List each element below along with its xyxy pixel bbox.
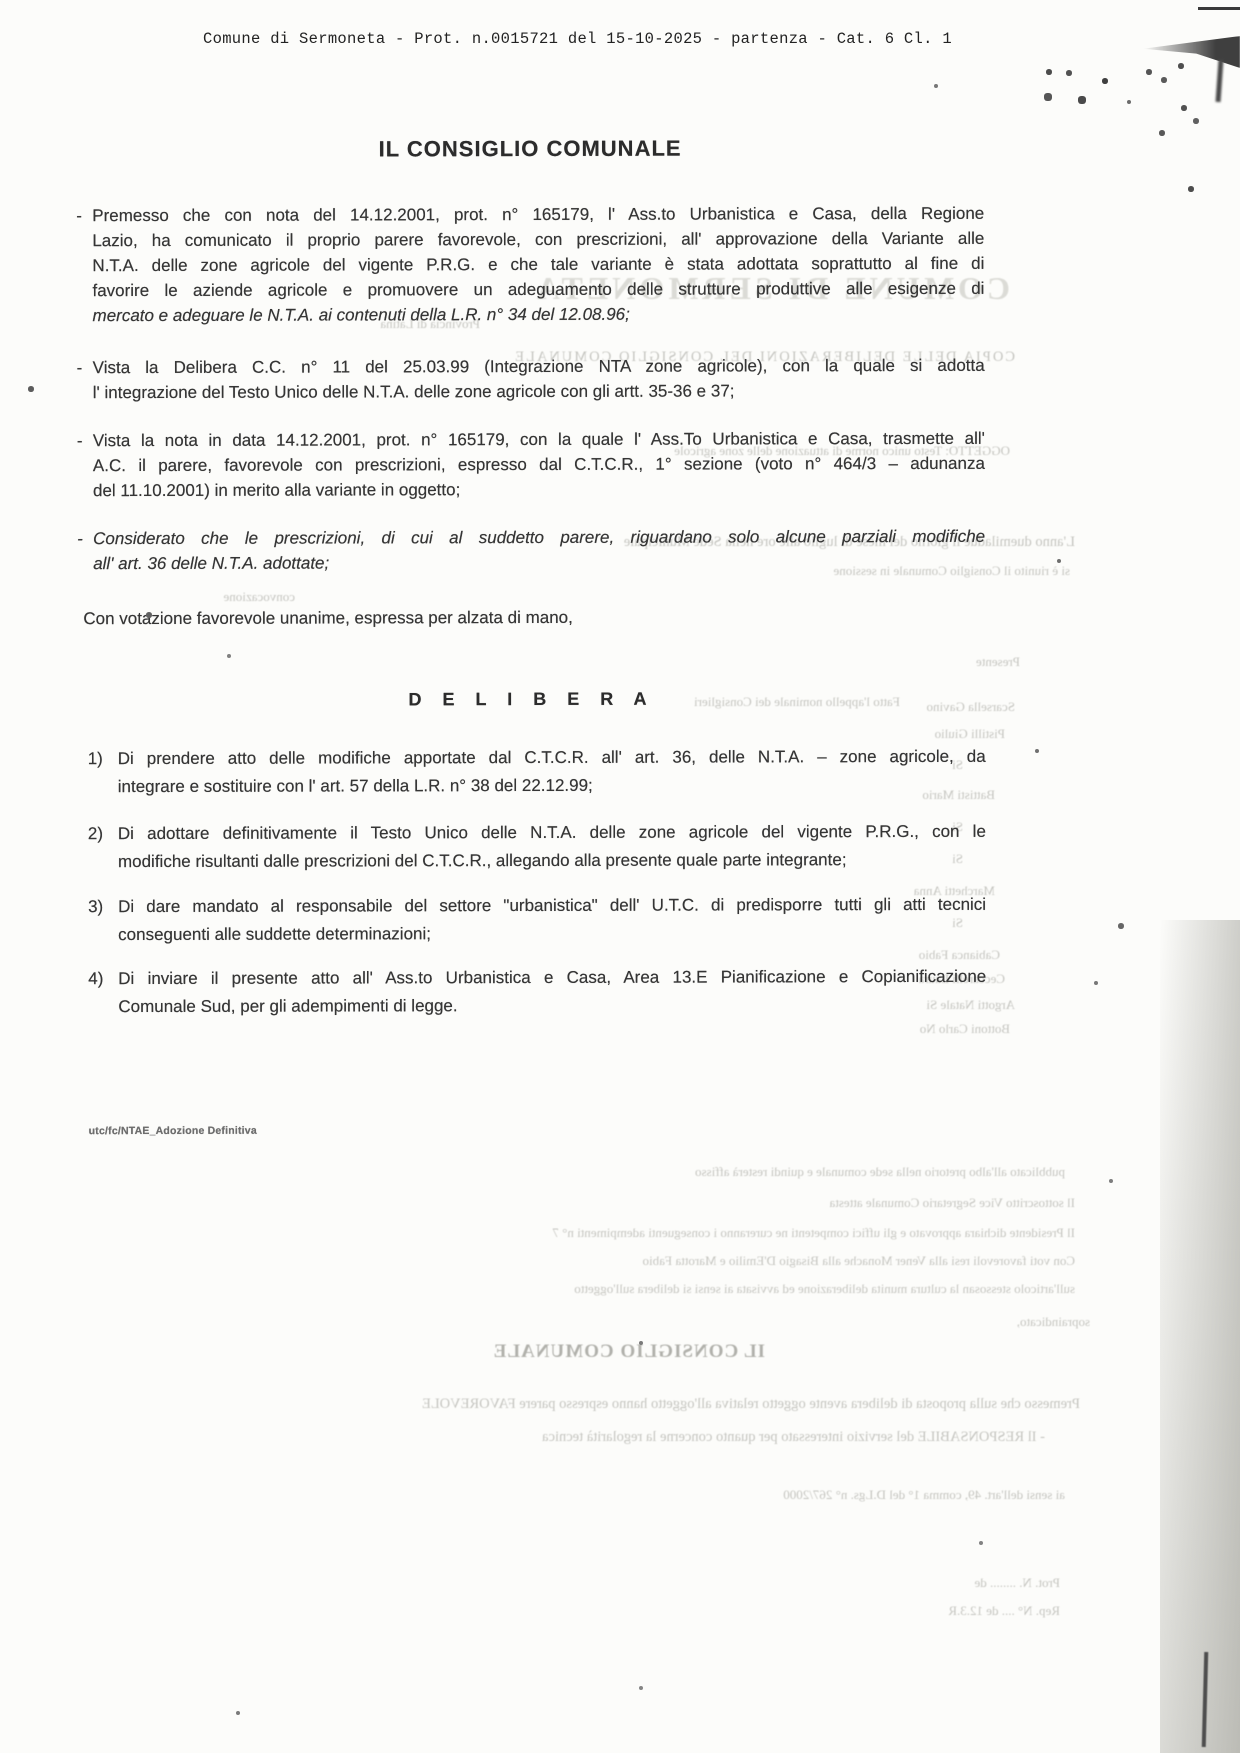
resolution-item-1: 1) Di prendere atto delle modifiche appo…	[78, 743, 986, 801]
text-line: Premesso che con nota del 14.12.2001, pr…	[92, 201, 984, 228]
text-line: Di inviare il presente atto all' Ass.to …	[118, 963, 986, 993]
dash-marker: -	[77, 526, 83, 551]
premise-considerato: - Considerato che le prescrizioni, di cu…	[77, 524, 985, 576]
resolution-item-4: 4) Di inviare il presente atto all' Ass.…	[78, 963, 986, 1021]
scan-corner-line	[1198, 7, 1240, 10]
text-line: Di dare mandato al responsabile del sett…	[118, 891, 986, 921]
dash-marker: -	[76, 203, 82, 228]
delibera-heading: D E L I B E R A	[78, 688, 986, 711]
paragraph-lines: Considerato che le prescrizioni, di cui …	[93, 524, 985, 576]
item-lines: Di inviare il presente atto all' Ass.to …	[118, 963, 986, 1021]
scan-corner-drip	[1216, 60, 1224, 102]
scan-corner-smudge	[1143, 36, 1240, 68]
premise-nota-regione: - Premesso che con nota del 14.12.2001, …	[76, 201, 984, 328]
text-line: Lazio, ha comunicato il proprio parere f…	[92, 226, 984, 253]
item-lines: Di prendere atto delle modifiche apporta…	[118, 743, 986, 801]
dash-marker: -	[77, 355, 83, 380]
scanned-document-page: Comune di Sermoneta - Prot. n.0015721 de…	[0, 0, 1240, 1753]
votation-statement: Con votazione favorevole unanime, espres…	[83, 608, 573, 629]
item-number: 2)	[88, 820, 103, 848]
scan-edge-shadow	[1160, 920, 1240, 1753]
text-line: Considerato che le prescrizioni, di cui …	[93, 524, 985, 551]
item-number: 3)	[88, 893, 103, 921]
text-line: modifiche risultanti dalle prescrizioni …	[118, 846, 986, 876]
item-number: 4)	[88, 965, 103, 993]
text-line: N.T.A. delle zone agricole del vigente P…	[92, 251, 984, 278]
premise-nota-ctcr: - Vista la nota in data 14.12.2001, prot…	[77, 426, 985, 503]
text-line: mercato e adeguare le N.T.A. ai contenut…	[92, 301, 984, 328]
item-lines: Di dare mandato al responsabile del sett…	[118, 891, 986, 949]
file-reference: utc/fc/NTAE_Adozione Definitiva	[89, 1125, 257, 1137]
item-number: 1)	[88, 745, 103, 773]
dash-marker: -	[77, 428, 83, 453]
text-line: Vista la nota in data 14.12.2001, prot. …	[93, 426, 985, 453]
text-line: all' art. 36 delle N.T.A. adottate;	[93, 549, 985, 576]
text-line: A.C. il parere, favorevole con prescrizi…	[93, 451, 985, 478]
text-line: l' integrazione del Testo Unico delle N.…	[93, 378, 985, 405]
premise-delibera-cc: - Vista la Delibera C.C. n° 11 del 25.03…	[77, 353, 985, 405]
text-line: integrare e sostituire con l' art. 57 de…	[118, 771, 986, 801]
text-line: favorire le aziende agricole e promuover…	[92, 276, 984, 303]
text-line: Di adottare definitivamente il Testo Uni…	[118, 818, 986, 848]
text-line: Di prendere atto delle modifiche apporta…	[118, 743, 986, 773]
paragraph-lines: Vista la Delibera C.C. n° 11 del 25.03.9…	[93, 353, 985, 405]
document-title: IL CONSIGLIO COMUNALE	[76, 135, 984, 163]
item-lines: Di adottare definitivamente il Testo Uni…	[118, 818, 986, 876]
paragraph-lines: Premesso che con nota del 14.12.2001, pr…	[92, 201, 984, 328]
text-line: del 11.10.2001) in merito alla variante …	[93, 476, 985, 503]
text-line: conseguenti alle suddette determinazioni…	[118, 919, 986, 949]
resolution-item-2: 2) Di adottare definitivamente il Testo …	[78, 818, 986, 876]
scan-noise-specks	[0, 0, 2, 2]
text-line: Vista la Delibera C.C. n° 11 del 25.03.9…	[93, 353, 985, 380]
paragraph-lines: Vista la nota in data 14.12.2001, prot. …	[93, 426, 985, 503]
resolution-item-3: 3) Di dare mandato al responsabile del s…	[78, 891, 986, 949]
document-body: IL CONSIGLIO COMUNALE - Premesso che con…	[76, 0, 989, 1753]
text-line: Comunale Sud, per gli adempimenti di leg…	[118, 991, 986, 1021]
